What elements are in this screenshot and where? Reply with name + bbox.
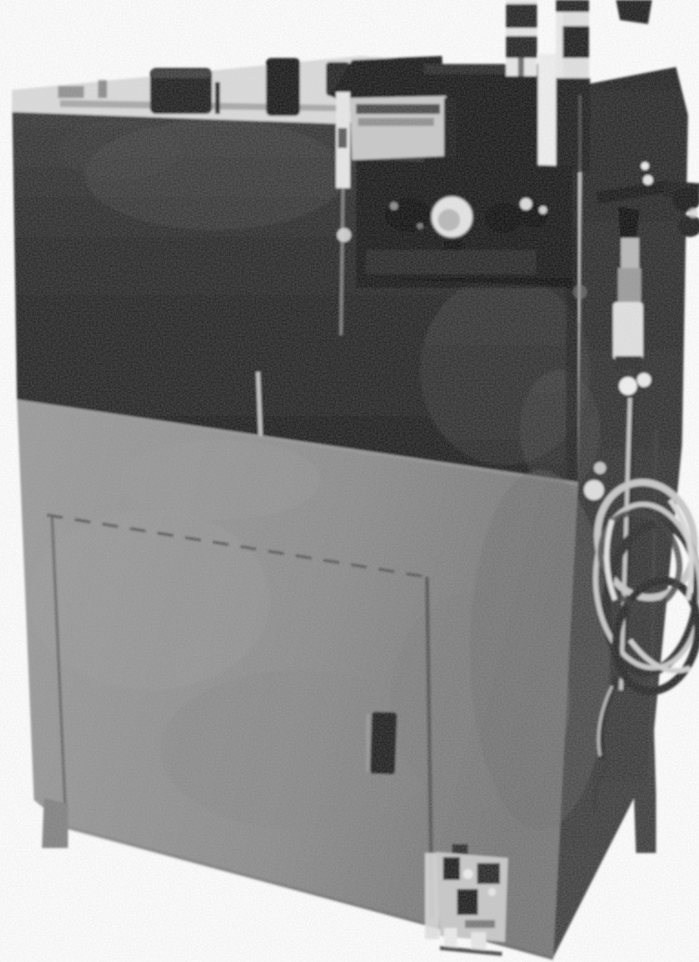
machine-photo-canvas xyxy=(0,0,699,962)
film-grain xyxy=(0,0,699,962)
photograph-industrial-machine xyxy=(0,0,699,962)
